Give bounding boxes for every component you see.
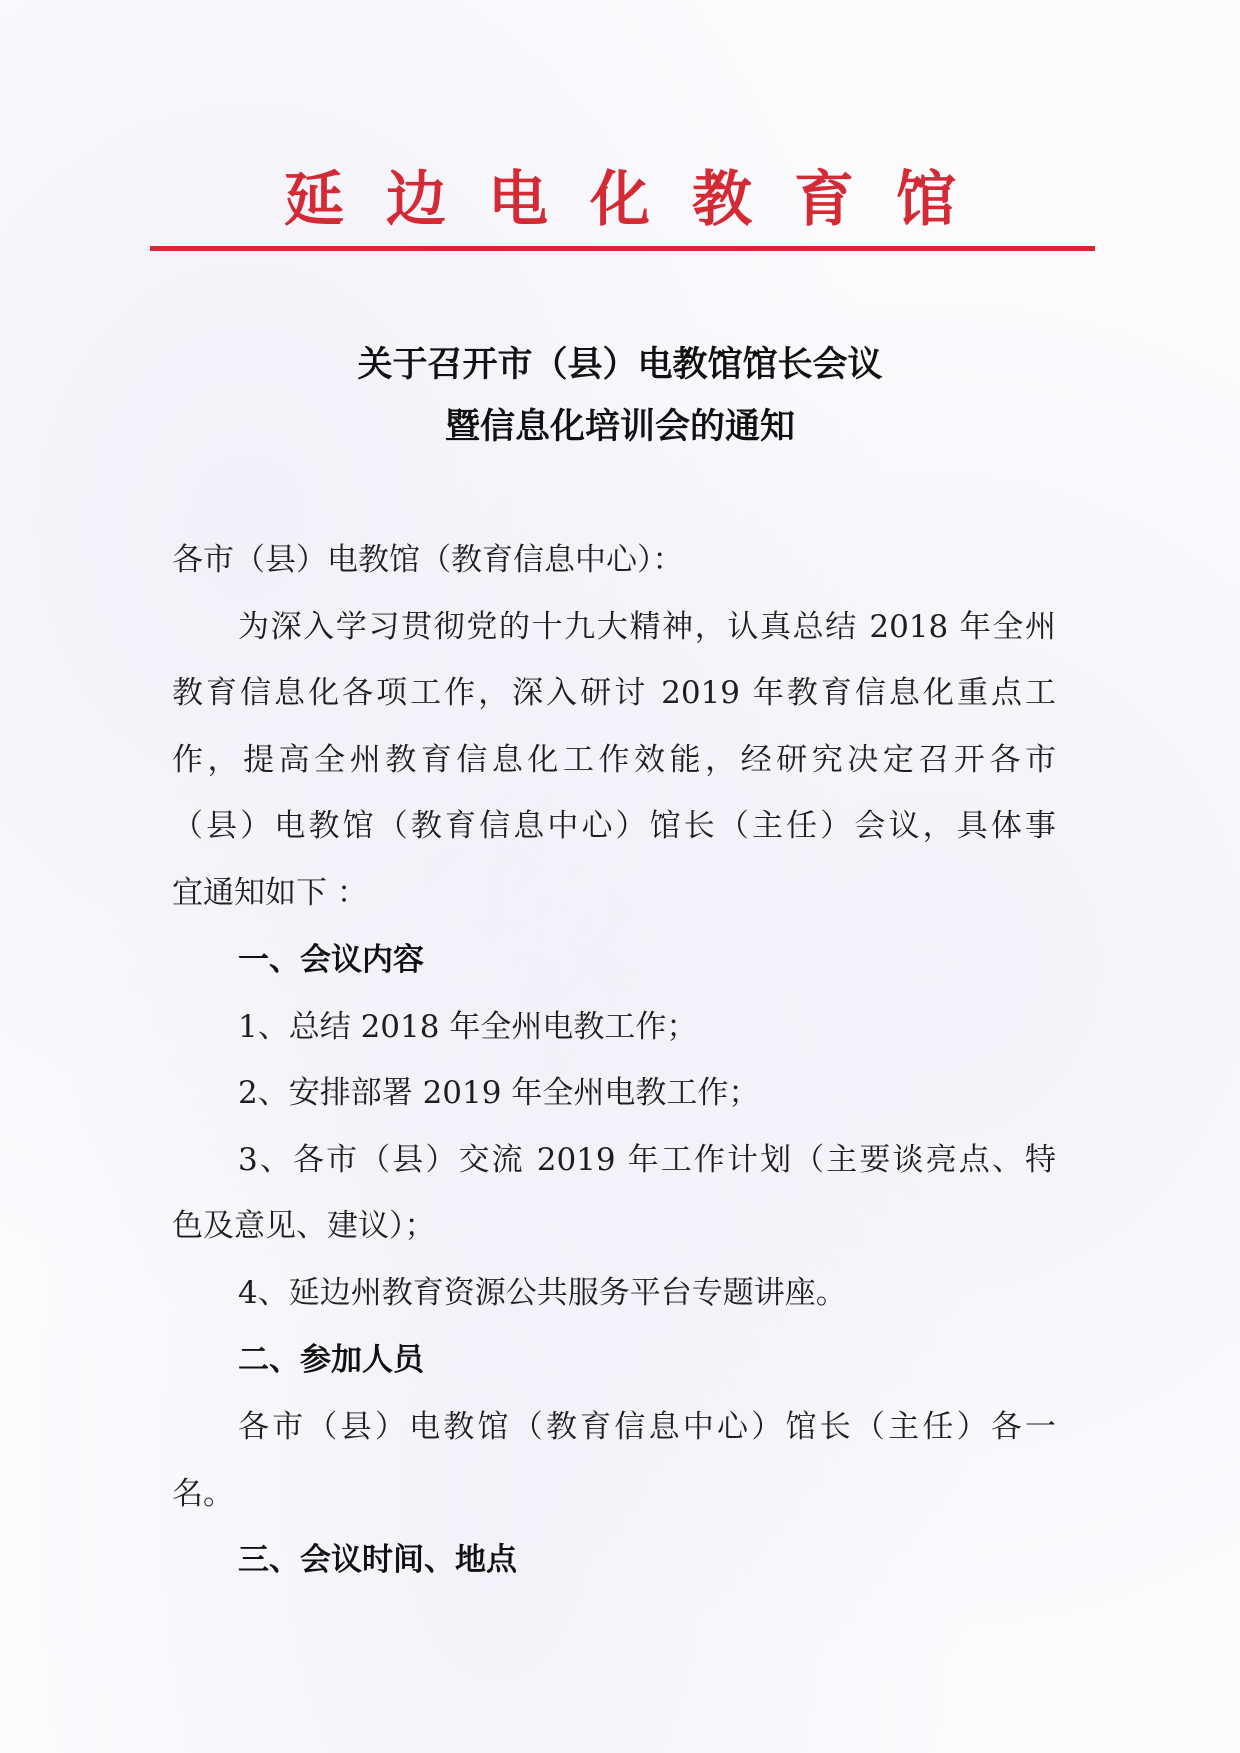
meeting-content-item: 3、各市（县）交流 2019 年工作计划（主要谈亮点、特 <box>238 1140 1056 1180</box>
document-title-line-1: 关于召开市（县）电教馆馆长会议 <box>0 342 1240 388</box>
letterhead-red-rule <box>150 246 1095 251</box>
salutation: 各市（县）电教馆（教育信息中心）： <box>172 540 684 580</box>
intro-paragraph-line: 作，提高全州教育信息化工作效能，经研究决定召开各市 <box>172 740 1056 780</box>
section-heading-meeting-content: 一、会议内容 <box>238 940 424 980</box>
intro-paragraph-line: （县）电教馆（教育信息中心）馆长（主任）会议，具体事 <box>172 806 1056 846</box>
meeting-content-item: 4、延边州教育资源公共服务平台专题讲座。 <box>238 1273 847 1313</box>
organization-letterhead: 延边电化教育馆 <box>0 160 1240 240</box>
section-heading-participants: 二、参加人员 <box>238 1340 424 1380</box>
meeting-content-item: 1、总结 2018 年全州电教工作； <box>238 1007 697 1047</box>
participants-text-continued: 名。 <box>172 1474 234 1514</box>
intro-paragraph-line: 为深入学习贯彻党的十九大精神，认真总结 2018 年全州 <box>238 607 1056 647</box>
participants-text: 各市（县）电教馆（教育信息中心）馆长（主任）各一 <box>238 1407 1056 1447</box>
intro-paragraph-line: 宜通知如下 ： <box>172 873 368 913</box>
meeting-content-item-continued: 色及意见、建议）； <box>172 1206 436 1246</box>
meeting-content-item: 2、安排部署 2019 年全州电教工作； <box>238 1073 759 1113</box>
intro-paragraph-line: 教育信息化各项工作，深入研讨 2019 年教育信息化重点工 <box>172 673 1056 713</box>
section-heading-time-location: 三、会议时间、地点 <box>238 1540 517 1580</box>
document-title-line-2: 暨信息化培训会的通知 <box>0 404 1240 450</box>
